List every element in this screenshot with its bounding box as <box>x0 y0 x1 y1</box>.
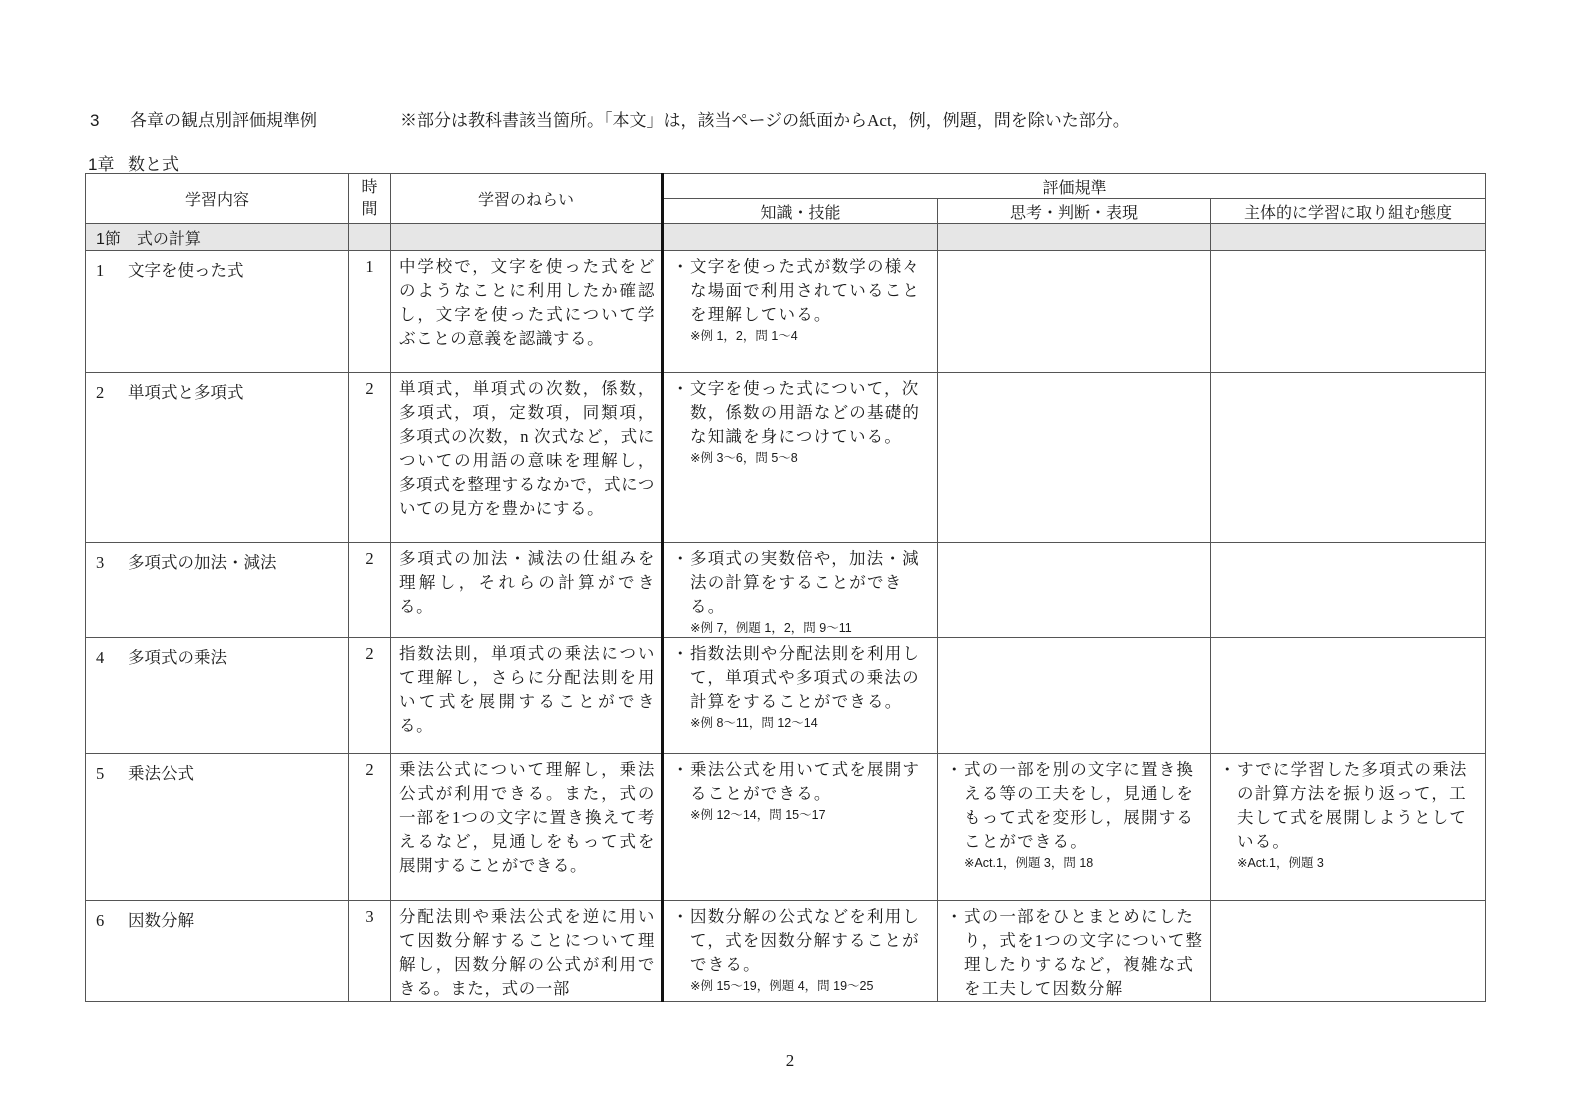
attitude-text: すでに学習した多項式の乗法の計算方法を振り返って，工夫して式を展開しようとしてい… <box>1237 758 1479 854</box>
thinking-criterion: ・式の一部を別の文字に置き換える等の工夫をし，見通しをもって式を変形し，展開する… <box>946 758 1204 854</box>
knowledge-reference: ※例 15〜19，例題 4，問 19〜25 <box>672 977 931 995</box>
header-hours-label: 時間 <box>361 177 379 221</box>
knowledge-criterion: ・指数法則や分配法則を利用して，単項式や多項式の乗法の計算をすることができる。 <box>672 642 931 714</box>
hours-cell: 3 <box>349 901 391 1002</box>
row-index: 5 <box>96 764 128 784</box>
content-cell: 5乗法公式 <box>86 754 349 901</box>
aim-cell: 単項式，単項式の次数，係数，多項式，項，定数項，同類項，多項式の次数，n 次式な… <box>391 373 663 543</box>
knowledge-text: 文字を使った式が数学の様々な場面で利用されていることを理解している。 <box>690 255 931 327</box>
row-index: 4 <box>96 648 128 668</box>
attitude-cell: ・すでに学習した多項式の乗法の計算方法を振り返って，工夫して式を展開しようとして… <box>1211 754 1486 901</box>
section-cell <box>663 224 938 251</box>
attitude-cell <box>1211 373 1486 543</box>
bullet-icon: ・ <box>946 758 964 854</box>
evaluation-criteria-table: 学習内容 時間 学習のねらい 評価規準 知識・技能 思考・判断・表現 主体的に学… <box>85 173 1486 1002</box>
attitude-criterion: ・すでに学習した多項式の乗法の計算方法を振り返って，工夫して式を展開しようとして… <box>1219 758 1479 854</box>
knowledge-criterion: ・因数分解の公式などを利用して，式を因数分解することができる。 <box>672 905 931 977</box>
bullet-icon: ・ <box>672 255 690 327</box>
row-index: 1 <box>96 261 128 281</box>
chapter-heading: 1章数と式 <box>88 150 179 175</box>
section-label: 1節 式の計算 <box>86 224 349 251</box>
section-row: 1節 式の計算 <box>86 224 1486 251</box>
attitude-cell <box>1211 543 1486 638</box>
content-cell: 4多項式の乗法 <box>86 638 349 754</box>
row-title: 文字を使った式 <box>128 261 244 280</box>
page-number: 2 <box>0 1051 1580 1071</box>
thinking-cell <box>938 543 1211 638</box>
aim-cell: 乗法公式について理解し，乗法公式が利用できる。また，式の一部を1つの文字に置き換… <box>391 754 663 901</box>
content-cell: 2単項式と多項式 <box>86 373 349 543</box>
hours-cell: 2 <box>349 373 391 543</box>
knowledge-cell: ・指数法則や分配法則を利用して，単項式や多項式の乗法の計算をすることができる。※… <box>663 638 938 754</box>
row-index: 2 <box>96 383 128 403</box>
section-title: 各章の観点別評価規準例 <box>130 111 317 130</box>
row-title: 因数分解 <box>128 911 194 930</box>
bullet-icon: ・ <box>1219 758 1237 854</box>
bullet-icon: ・ <box>672 642 690 714</box>
bullet-icon: ・ <box>672 905 690 977</box>
header-aim: 学習のねらい <box>391 174 663 224</box>
chapter-number: 1章 <box>88 150 128 175</box>
chapter-title: 数と式 <box>128 155 179 174</box>
thinking-text: 式の一部をひとまとめにしたり，式を1つの文字について整理したりするなど，複雑な式… <box>964 905 1204 1001</box>
attitude-cell <box>1211 638 1486 754</box>
header-thinking: 思考・判断・表現 <box>938 199 1211 224</box>
thinking-criterion: ・式の一部をひとまとめにしたり，式を1つの文字について整理したりするなど，複雑な… <box>946 905 1204 1001</box>
header-knowledge: 知識・技能 <box>663 199 938 224</box>
section-heading: 3各章の観点別評価規準例 <box>90 106 317 131</box>
hours-cell: 2 <box>349 543 391 638</box>
knowledge-cell: ・文字を使った式が数学の様々な場面で利用されていることを理解している。※例 1，… <box>663 251 938 373</box>
knowledge-text: 文字を使った式について，次数，係数の用語などの基礎的な知識を身につけている。 <box>690 377 931 449</box>
knowledge-reference: ※例 7，例題 1，2，問 9〜11 <box>672 619 931 637</box>
row-index: 6 <box>96 911 128 931</box>
aim-cell: 分配法則や乗法公式を逆に用いて因数分解することについて理解し，因数分解の公式が利… <box>391 901 663 1002</box>
header-criteria-group: 評価規準 <box>663 174 1486 199</box>
bullet-icon: ・ <box>672 758 690 806</box>
knowledge-text: 乗法公式を用いて式を展開することができる。 <box>690 758 931 806</box>
knowledge-criterion: ・乗法公式を用いて式を展開することができる。 <box>672 758 931 806</box>
knowledge-cell: ・文字を使った式について，次数，係数の用語などの基礎的な知識を身につけている。※… <box>663 373 938 543</box>
knowledge-cell: ・多項式の実数倍や，加法・減法の計算をすることができる。※例 7，例題 1，2，… <box>663 543 938 638</box>
section-number: 3 <box>90 111 130 131</box>
thinking-cell: ・式の一部を別の文字に置き換える等の工夫をし，見通しをもって式を変形し，展開する… <box>938 754 1211 901</box>
content-cell: 1文字を使った式 <box>86 251 349 373</box>
header-hours: 時間 <box>349 174 391 224</box>
aim-cell: 指数法則，単項式の乗法について理解し，さらに分配法則を用いて式を展開することがで… <box>391 638 663 754</box>
row-title: 乗法公式 <box>128 764 194 783</box>
attitude-cell <box>1211 901 1486 1002</box>
knowledge-cell: ・因数分解の公式などを利用して，式を因数分解することができる。※例 15〜19，… <box>663 901 938 1002</box>
hours-cell: 2 <box>349 638 391 754</box>
header-content: 学習内容 <box>86 174 349 224</box>
aim-cell: 多項式の加法・減法の仕組みを理解し，それらの計算ができる。 <box>391 543 663 638</box>
section-cell <box>1211 224 1486 251</box>
knowledge-text: 多項式の実数倍や，加法・減法の計算をすることができる。 <box>690 547 931 619</box>
section-cell <box>391 224 663 251</box>
section-cell <box>938 224 1211 251</box>
table-row: 1文字を使った式 1 中学校で，文字を使った式をどのようなことに利用したか確認し… <box>86 251 1486 373</box>
knowledge-criterion: ・多項式の実数倍や，加法・減法の計算をすることができる。 <box>672 547 931 619</box>
knowledge-reference: ※例 12〜14，問 15〜17 <box>672 806 931 824</box>
knowledge-criterion: ・文字を使った式について，次数，係数の用語などの基礎的な知識を身につけている。 <box>672 377 931 449</box>
table-row: 2単項式と多項式 2 単項式，単項式の次数，係数，多項式，項，定数項，同類項，多… <box>86 373 1486 543</box>
knowledge-text: 因数分解の公式などを利用して，式を因数分解することができる。 <box>690 905 931 977</box>
attitude-reference: ※Act.1，例題 3 <box>1219 854 1479 872</box>
aim-cell: 中学校で，文字を使った式をどのようなことに利用したか確認し，文字を使った式につい… <box>391 251 663 373</box>
bullet-icon: ・ <box>946 905 964 1001</box>
thinking-cell <box>938 373 1211 543</box>
row-index: 3 <box>96 553 128 573</box>
knowledge-text: 指数法則や分配法則を利用して，単項式や多項式の乗法の計算をすることができる。 <box>690 642 931 714</box>
content-cell: 3多項式の加法・減法 <box>86 543 349 638</box>
knowledge-reference: ※例 3〜6，問 5〜8 <box>672 449 931 467</box>
table-row: 6因数分解 3 分配法則や乗法公式を逆に用いて因数分解することについて理解し，因… <box>86 901 1486 1002</box>
knowledge-reference: ※例 8〜11，問 12〜14 <box>672 714 931 732</box>
row-title: 単項式と多項式 <box>128 383 244 402</box>
thinking-cell <box>938 251 1211 373</box>
content-cell: 6因数分解 <box>86 901 349 1002</box>
thinking-text: 式の一部を別の文字に置き換える等の工夫をし，見通しをもって式を変形し，展開するこ… <box>964 758 1204 854</box>
knowledge-cell: ・乗法公式を用いて式を展開することができる。※例 12〜14，問 15〜17 <box>663 754 938 901</box>
thinking-cell <box>938 638 1211 754</box>
hours-cell: 2 <box>349 754 391 901</box>
hours-cell: 1 <box>349 251 391 373</box>
section-note: ※部分は教科書該当箇所。「本文」は，該当ページの紙面からAct，例，例題，問を除… <box>400 106 1130 131</box>
table-row: 3多項式の加法・減法 2 多項式の加法・減法の仕組みを理解し，それらの計算ができ… <box>86 543 1486 638</box>
table-row: 5乗法公式 2 乗法公式について理解し，乗法公式が利用できる。また，式の一部を1… <box>86 754 1486 901</box>
bullet-icon: ・ <box>672 377 690 449</box>
attitude-cell <box>1211 251 1486 373</box>
row-title: 多項式の加法・減法 <box>128 553 277 572</box>
row-title: 多項式の乗法 <box>128 648 227 667</box>
knowledge-reference: ※例 1，2，問 1〜4 <box>672 327 931 345</box>
knowledge-criterion: ・文字を使った式が数学の様々な場面で利用されていることを理解している。 <box>672 255 931 327</box>
section-cell <box>349 224 391 251</box>
thinking-cell: ・式の一部をひとまとめにしたり，式を1つの文字について整理したりするなど，複雑な… <box>938 901 1211 1002</box>
table-row: 4多項式の乗法 2 指数法則，単項式の乗法について理解し，さらに分配法則を用いて… <box>86 638 1486 754</box>
thinking-reference: ※Act.1，例題 3，問 18 <box>946 854 1204 872</box>
bullet-icon: ・ <box>672 547 690 619</box>
header-attitude: 主体的に学習に取り組む態度 <box>1211 199 1486 224</box>
